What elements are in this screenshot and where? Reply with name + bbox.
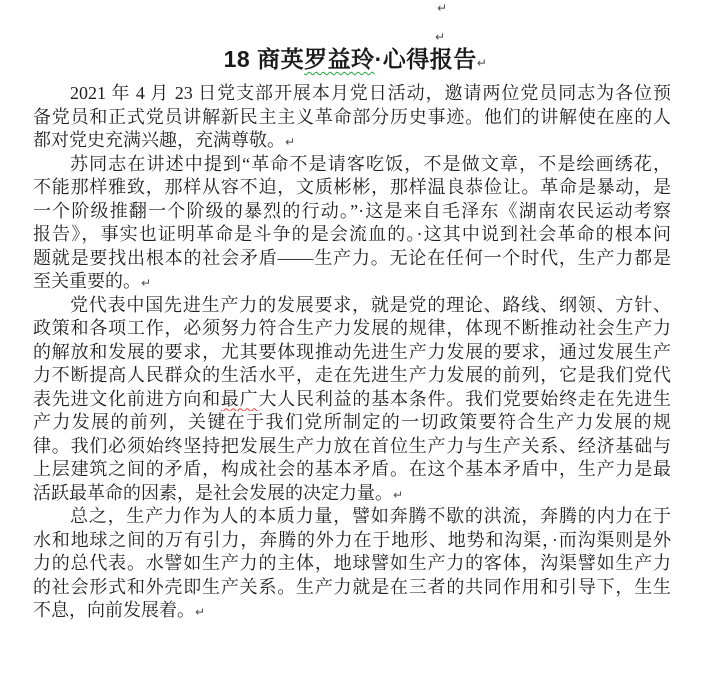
text-line: 一个阶级推翻一个阶级的暴烈的行动。”·这是来自毛泽东《湖南农民运动考察 (33, 200, 671, 224)
text-line: 的解放和发展的要求，尤其要体现推动先进生产力发展的要求，通过发展生产 (33, 341, 671, 365)
paragraph-mark: ↵ (393, 488, 403, 502)
text-line: 报告》，事实也证明革命是斗争的是会流血的。·这其中说到社会革命的根本问 (33, 223, 671, 247)
paragraph-mark: ↵ (435, 30, 445, 44)
document-body: 2021 年 4 月 23 日党支部开展本月党日活动，邀请两位党员同志为各位预 … (33, 82, 671, 623)
text-line: 党代表中国先进生产力的发展要求，就是党的理论、路线、纲领、方针、 (33, 294, 671, 318)
paragraph-mark: ↵ (437, 1, 447, 15)
paragraph-mark: ↵ (285, 135, 295, 149)
text-line: 的社会形式和外壳即生产关系。生产力就是在三者的共同作用和引导下，生生 (33, 576, 671, 600)
text-line: 力的总代表。水譬如生产力的主体，地球譬如生产力的客体，沟渠譬如生产力 (33, 552, 671, 576)
text-line: 不息，向前发展着。↵ (33, 599, 671, 623)
title-text: ·心得报告 (375, 46, 477, 72)
document-page: ↵ ↵ 18 商英罗益玲·心得报告↵ 2021 年 4 月 23 日党支部开展本… (0, 0, 711, 676)
text-line: 题就是要找出根本的社会矛盾——生产力。无论在任何一个时代，生产力都是 (33, 247, 671, 271)
page-title: 18 商英罗益玲·心得报告↵ (0, 44, 711, 78)
paragraph-mark: ↵ (477, 56, 488, 70)
title-text: 18 商英 (224, 46, 304, 72)
text-line: 律。我们必须始终坚持把发展生产力放在首位生产力与生产关系、经济基础与 (33, 435, 671, 459)
text-line: 产力发展的前列，关键在于我们党所制定的一切政策要符合生产力发展的规 (33, 411, 671, 435)
spellcheck-flagged-text: 罗益玲 (304, 46, 375, 72)
paragraph: 党代表中国先进生产力的发展要求，就是党的理论、路线、纲领、方针、 政策和各项工作… (33, 294, 671, 506)
text-line: 都对党史充满兴趣，充满尊敬。↵ (33, 129, 671, 153)
text-line: 不能那样雅致，那样从容不迫，文质彬彬，那样温良恭俭让。革命是暴动，是 (33, 176, 671, 200)
text-run: 表先进文化前进方向和 (33, 389, 221, 409)
paragraph: 2021 年 4 月 23 日党支部开展本月党日活动，邀请两位党员同志为各位预 … (33, 82, 671, 153)
paragraph-mark: ↵ (141, 276, 151, 290)
text-run: 都对党史充满兴趣，充满尊敬。 (33, 130, 285, 150)
paragraph-mark: ↵ (195, 605, 205, 619)
text-line: 苏同志在讲述中提到“革命不是请客吃饭，不是做文章，不是绘画绣花， (33, 153, 671, 177)
paragraph: 总之，生产力作为人的本质力量，譬如奔腾不歇的洪流，奔腾的内力在于 水和地球之间的… (33, 505, 671, 623)
text-line: 上层建筑之间的矛盾，构成社会的基本矛盾。在这个基本矛盾中，生产力是最 (33, 458, 671, 482)
text-line: 至关重要的。↵ (33, 270, 671, 294)
text-run: 至关重要的。 (33, 271, 141, 291)
text-line: 水和地球之间的万有引力，奔腾的外力在于地形、地势和沟渠，·而沟渠则是外 (33, 529, 671, 553)
text-line: 活跃最革命的因素，是社会发展的决定力量。↵ (33, 482, 671, 506)
text-run: 大人民利益的基本条件。我们党要始终走在先进生 (258, 389, 671, 409)
text-run: 不息，向前发展着。 (33, 600, 195, 620)
text-line: 2021 年 4 月 23 日党支部开展本月党日活动，邀请两位党员同志为各位预 (33, 82, 671, 106)
spellcheck-flagged-text: 最广 (221, 389, 259, 409)
text-line: 备党员和正式党员讲解新民主主义革命部分历史事迹。他们的讲解使在座的人 (33, 106, 671, 130)
text-line: 表先进文化前进方向和最广大人民利益的基本条件。我们党要始终走在先进生 (33, 388, 671, 412)
text-line: 政策和各项工作，必须努力符合生产力发展的规律，体现不断推动社会生产力 (33, 317, 671, 341)
paragraph: 苏同志在讲述中提到“革命不是请客吃饭，不是做文章，不是绘画绣花， 不能那样雅致，… (33, 153, 671, 294)
text-line: 力不断提高人民群众的生活水平，走在先进生产力发展的前列，它是我们党代 (33, 364, 671, 388)
text-line: 总之，生产力作为人的本质力量，譬如奔腾不歇的洪流，奔腾的内力在于 (33, 505, 671, 529)
text-run: 活跃最革命的因素，是社会发展的决定力量。 (33, 483, 393, 503)
